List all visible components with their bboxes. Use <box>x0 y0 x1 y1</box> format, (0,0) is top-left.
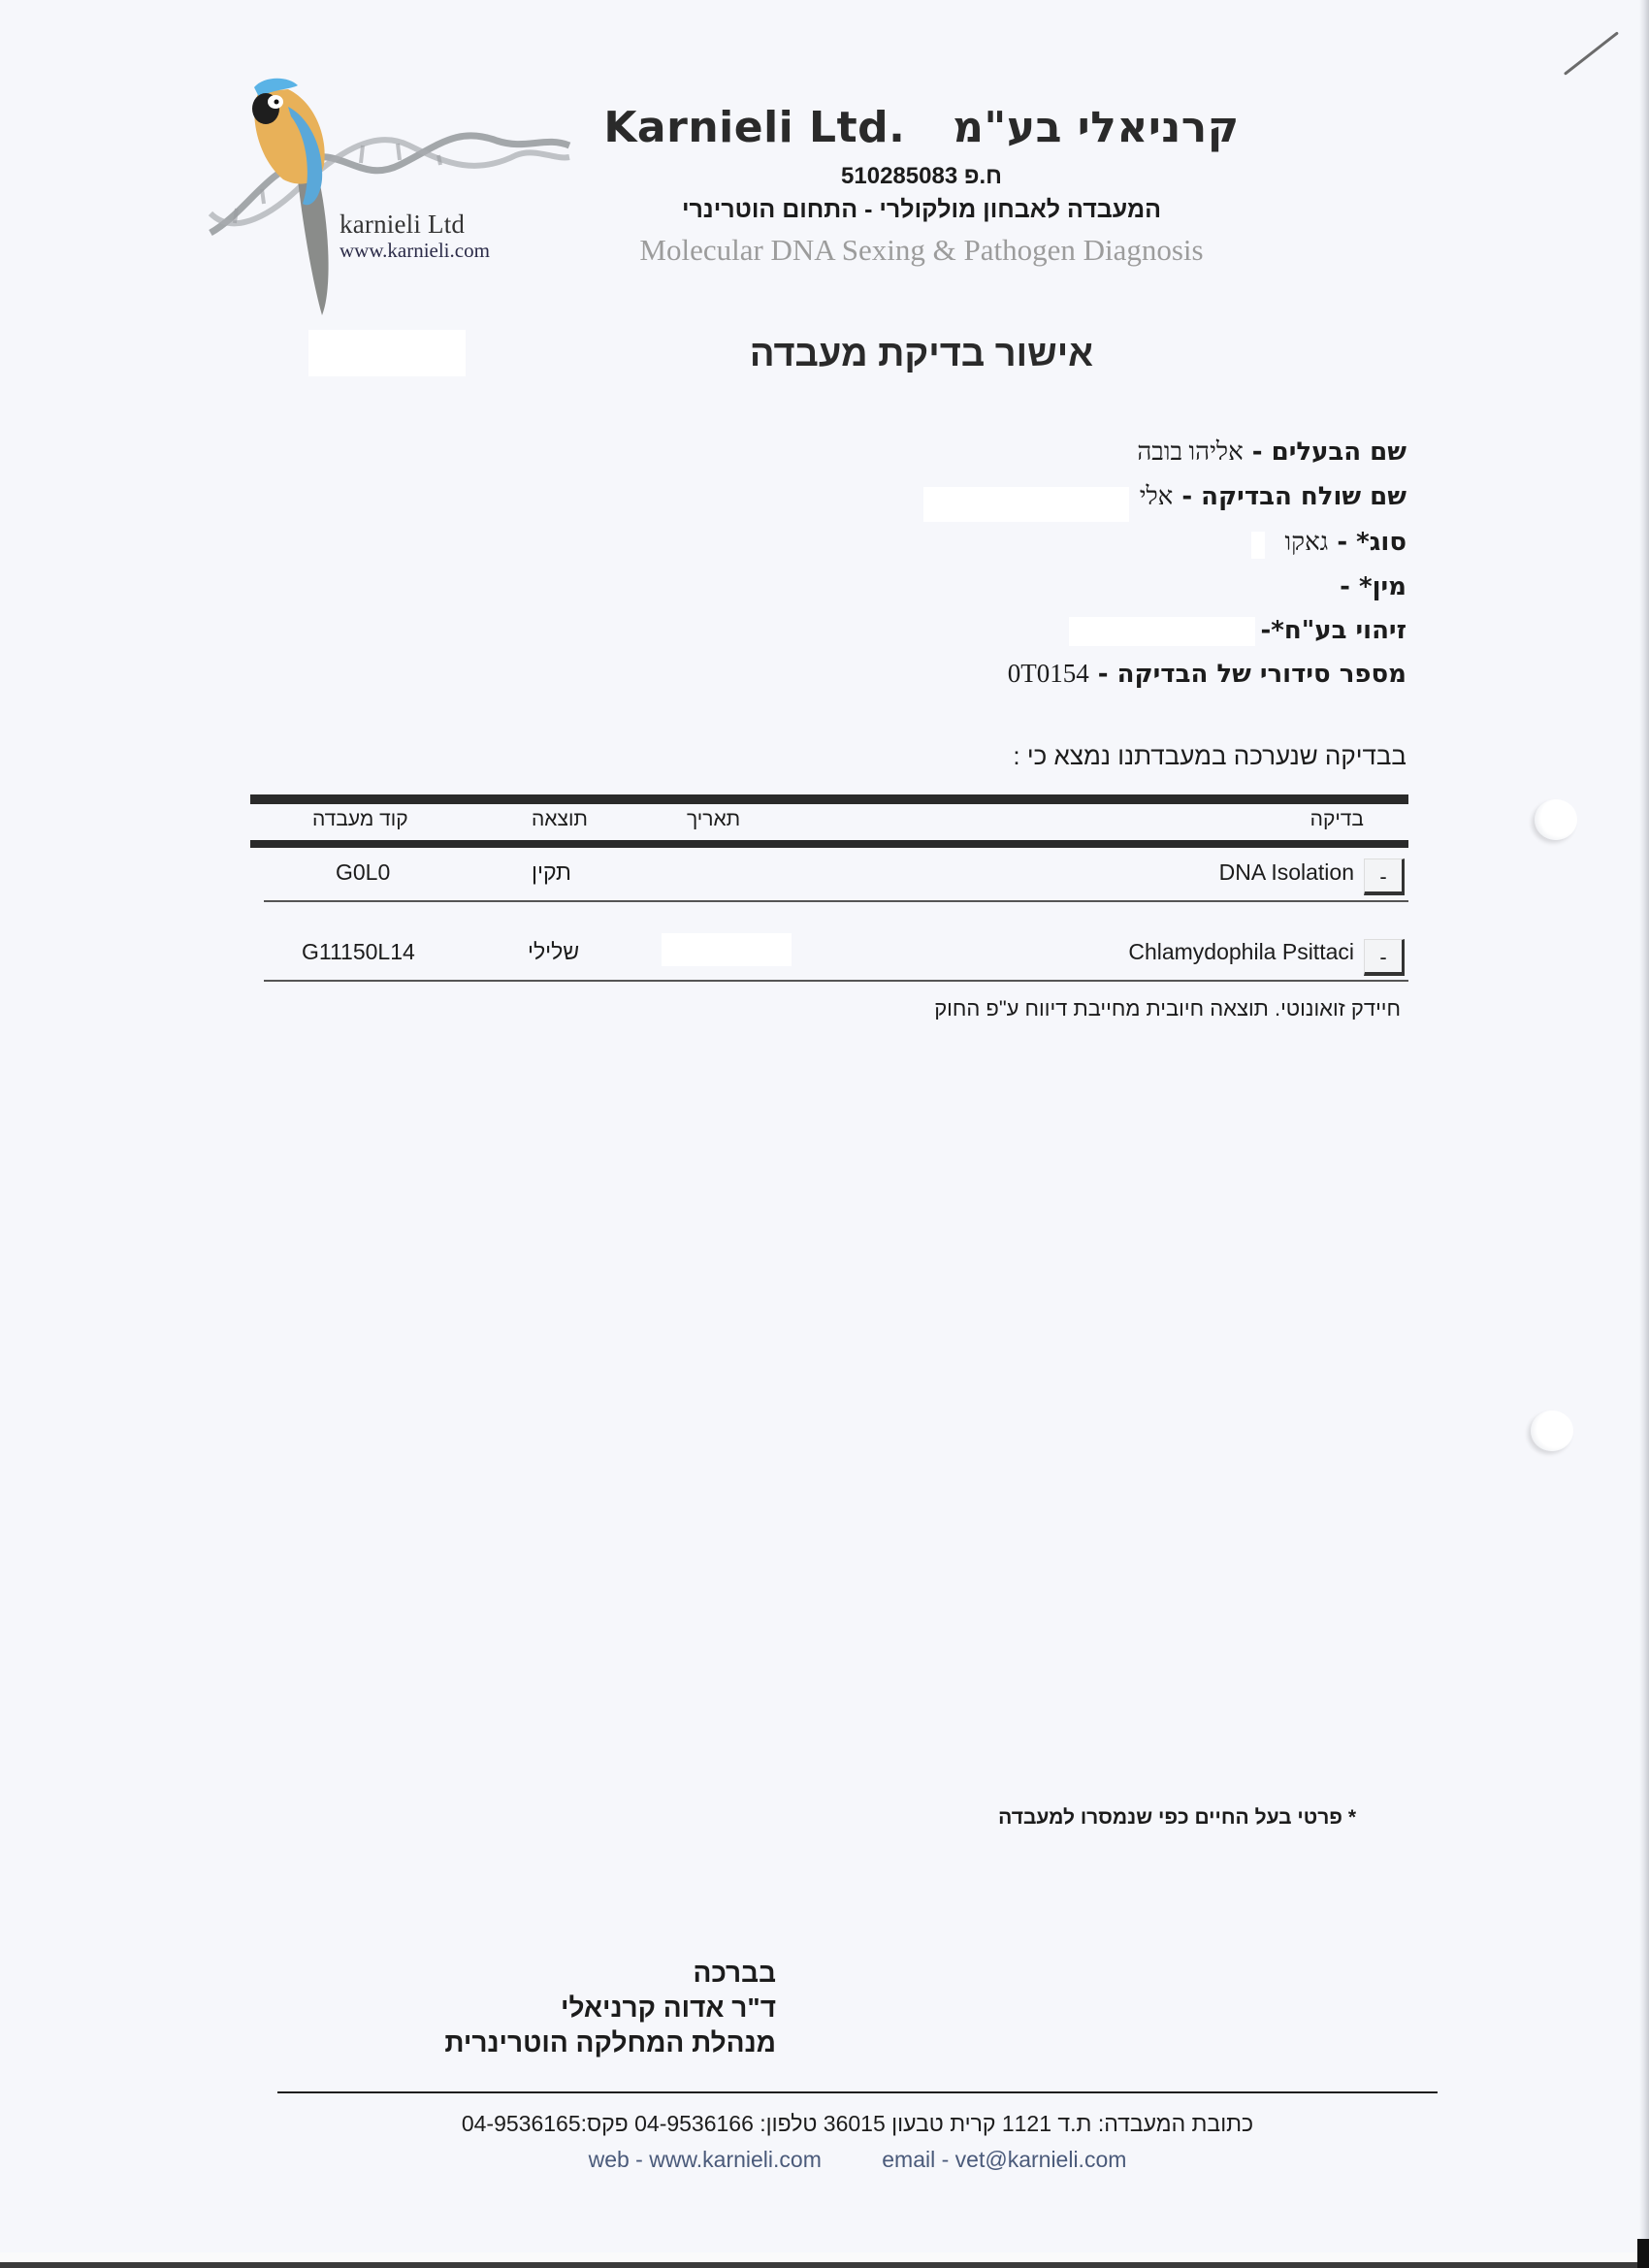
row-divider <box>264 980 1408 982</box>
redacted-date <box>662 933 792 966</box>
table-cell-lab-code: G0L0 <box>336 859 390 886</box>
signature-role: מנהלת המחלקה הוטרינרית <box>444 2027 776 2058</box>
footer-email-link[interactable]: email - vet@karnieli.com <box>882 2147 1126 2172</box>
company-name: Karnieli Ltd. קרניאלי בע"מ <box>582 103 1261 152</box>
column-header-test: בדיקה <box>1310 808 1364 831</box>
field-value: אליהו בובה <box>1137 437 1243 466</box>
redacted-area <box>923 487 1129 522</box>
logo-website: www.karnieli.com <box>339 239 490 263</box>
tagline-hebrew: המעבדה לאבחון מולקולרי - התחום הוטרינרי <box>582 196 1261 224</box>
table-header-rule <box>250 840 1408 848</box>
logo-company-name: karnieli Ltd <box>339 210 465 240</box>
table-cell-result: תקין <box>532 859 571 886</box>
company-name-en: Karnieli Ltd. <box>603 103 905 152</box>
scan-edge-bottom <box>0 2262 1649 2268</box>
scanned-page: karnieli Ltd www.karnieli.com Karnieli L… <box>0 0 1649 2268</box>
table-cell-test: Chlamydophila Psittaci <box>1128 939 1354 965</box>
collapse-row-button[interactable]: - <box>1364 859 1405 895</box>
scan-edge-right <box>1639 0 1649 2268</box>
column-header-date: תאריך <box>687 808 740 831</box>
field-value: אלי <box>1140 482 1174 510</box>
company-name-he: קרניאלי בע"מ <box>953 103 1240 152</box>
row-divider <box>264 900 1408 902</box>
column-header-result: תוצאה <box>532 808 588 831</box>
field-label: שם הבעלים - <box>1244 437 1406 467</box>
footer-contacts: web - www.karnieli.com email - vet@karni… <box>277 2147 1438 2173</box>
table-cell-result: שלילי <box>528 939 579 965</box>
footer-address: כתובת המעבדה: ת.ד 1121 קרית טבעון 36015 … <box>277 2111 1438 2137</box>
sender-name-field: שם שולח הבדיקה - אלי <box>1140 481 1406 511</box>
owner-name-field: שם הבעלים - אליהו בובה <box>1137 437 1406 467</box>
signature-name: ד"ר אדוה קרניאלי <box>561 1993 776 2024</box>
punch-hole-top <box>1535 799 1577 840</box>
field-value: גאקו <box>1285 528 1329 556</box>
punch-hole-bottom <box>1531 1410 1573 1451</box>
table-cell-test: DNA Isolation <box>1219 859 1354 886</box>
serial-number-field: מספר סידורי של הבדיקה - 0T0154 <box>1008 659 1406 689</box>
field-label: זיהוי בע"ח*- <box>1260 616 1406 645</box>
tagline-english: Molecular DNA Sexing & Pathogen Diagnosi… <box>582 233 1261 268</box>
signature-greeting: בברכה <box>693 1958 776 1989</box>
pen-mark <box>1564 31 1619 75</box>
field-label: מספר סידורי של הבדיקה - <box>1089 660 1406 689</box>
sex-field: מין* - <box>1340 571 1406 601</box>
redacted-area <box>1251 532 1265 559</box>
field-label: שם שולח הבדיקה - <box>1173 482 1406 511</box>
table-cell-lab-code: G11150L14 <box>302 939 415 965</box>
tax-id: ח.פ 510285083 <box>582 163 1261 190</box>
footnote: * פרטי בעל החיים כפי שנמסרו למעבדה <box>998 1806 1356 1830</box>
animal-id-field: זיהוי בע"ח*- <box>1260 615 1406 645</box>
field-label: מין* - <box>1340 572 1406 601</box>
table-top-rule <box>250 794 1408 804</box>
column-header-lab-code: קוד מעבדה <box>312 808 408 831</box>
footer-divider <box>277 2091 1438 2093</box>
redacted-area <box>1069 617 1255 646</box>
parrot-dna-icon <box>206 68 574 320</box>
zoonotic-note: חיידק זואונוטי. תוצאה חיובית מחייבת דיוו… <box>934 996 1401 1021</box>
collapse-row-button[interactable]: - <box>1364 939 1405 976</box>
document-title: אישור בדיקת מעבדה <box>679 334 1164 375</box>
redacted-area <box>308 330 466 376</box>
type-field: סוג* - גאקו <box>1285 527 1406 557</box>
company-logo: karnieli Ltd www.karnieli.com <box>206 68 574 320</box>
field-label: סוג* - <box>1328 528 1406 557</box>
field-value: 0T0154 <box>1008 659 1089 688</box>
findings-intro: בבדיקה שנערכה במעבדתנו נמצא כי : <box>1013 741 1406 771</box>
footer-web-link[interactable]: web - www.karnieli.com <box>589 2147 822 2172</box>
